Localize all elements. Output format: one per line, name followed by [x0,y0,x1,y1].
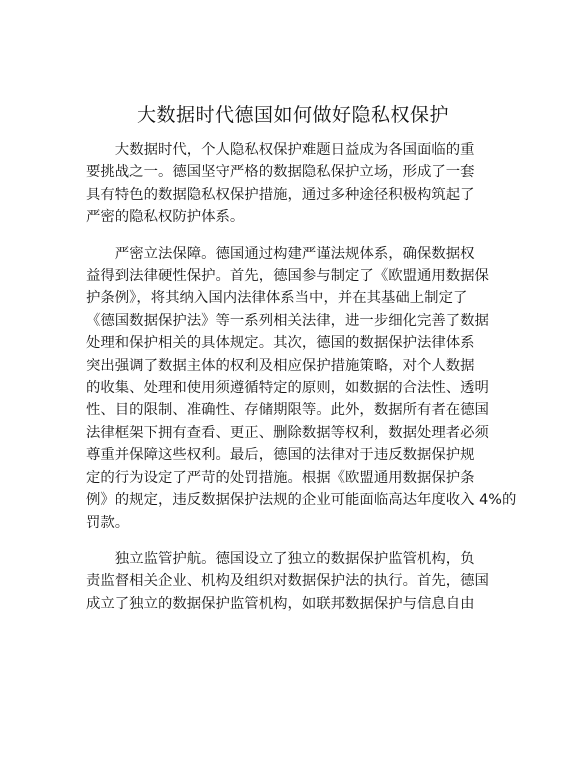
text-line: 具有特色的数据隐私权保护措施，通过多种途径积极构筑起了 [86,184,502,206]
text-line: 突出强调了数据主体的权利及相应保护措施策略，对个人数据 [86,355,502,377]
text-line: 益得到法律硬性保护。首先，德国参与制定了《欧盟通用数据保 [86,265,502,287]
document-title: 大数据时代德国如何做好隐私权保护 [0,104,586,126]
text-line: 严密的隐私权防护体系。 [86,206,502,228]
paragraph-legislation: 严密立法保障。德国通过构建严谨法规体系，确保数据权 益得到法律硬性保护。首先，德… [86,243,502,534]
text-line: 责监督相关企业、机构及组织对数据保护法的执行。首先，德国 [86,570,502,592]
text-line: 要挑战之一。德国坚守严格的数据隐私保护立场，形成了一套 [86,161,502,183]
text-line: 成立了独立的数据保护监管机构，如联邦数据保护与信息自由 [86,593,502,615]
text-line: 性、目的限制、准确性、存储期限等。此外，数据所有者在德国 [86,399,502,421]
text-line: 尊重并保障这些权利。最后，德国的法律对于违反数据保护规 [86,444,502,466]
paragraph-intro: 大数据时代，个人隐私权保护难题日益成为各国面临的重 要挑战之一。德国坚守严格的数… [86,139,502,229]
document-page: 大数据时代德国如何做好隐私权保护 大数据时代，个人隐私权保护难题日益成为各国面临… [0,0,586,759]
text-line: 法律框架下拥有查看、更正、删除数据等权利，数据处理者必须 [86,422,502,444]
text-line: 处理和保护相关的具体规定。其次，德国的数据保护法律体系 [86,332,502,354]
text-line: 例》的规定，违反数据保护法规的企业可能面临高达年度收入 4%的 [86,489,502,511]
text-line: 定的行为设定了严苛的处罚措施。根据《欧盟通用数据保护条 [86,467,502,489]
text-line: 护条例》，将其纳入国内法律体系当中，并在其基础上制定了 [86,287,502,309]
text-line: 严密立法保障。德国通过构建严谨法规体系，确保数据权 [86,243,502,265]
text-line: 大数据时代，个人隐私权保护难题日益成为各国面临的重 [86,139,502,161]
document-body: 大数据时代，个人隐私权保护难题日益成为各国面临的重 要挑战之一。德国坚守严格的数… [86,139,502,629]
text-line: 《德国数据保护法》等一系列相关法律，进一步细化完善了数据 [86,310,502,332]
paragraph-supervision: 独立监管护航。德国设立了独立的数据保护监管机构，负 责监督相关企业、机构及组织对… [86,548,502,615]
text-line: 独立监管护航。德国设立了独立的数据保护监管机构，负 [86,548,502,570]
text-line: 的收集、处理和使用须遵循特定的原则，如数据的合法性、透明 [86,377,502,399]
text-line: 罚款。 [86,512,502,534]
